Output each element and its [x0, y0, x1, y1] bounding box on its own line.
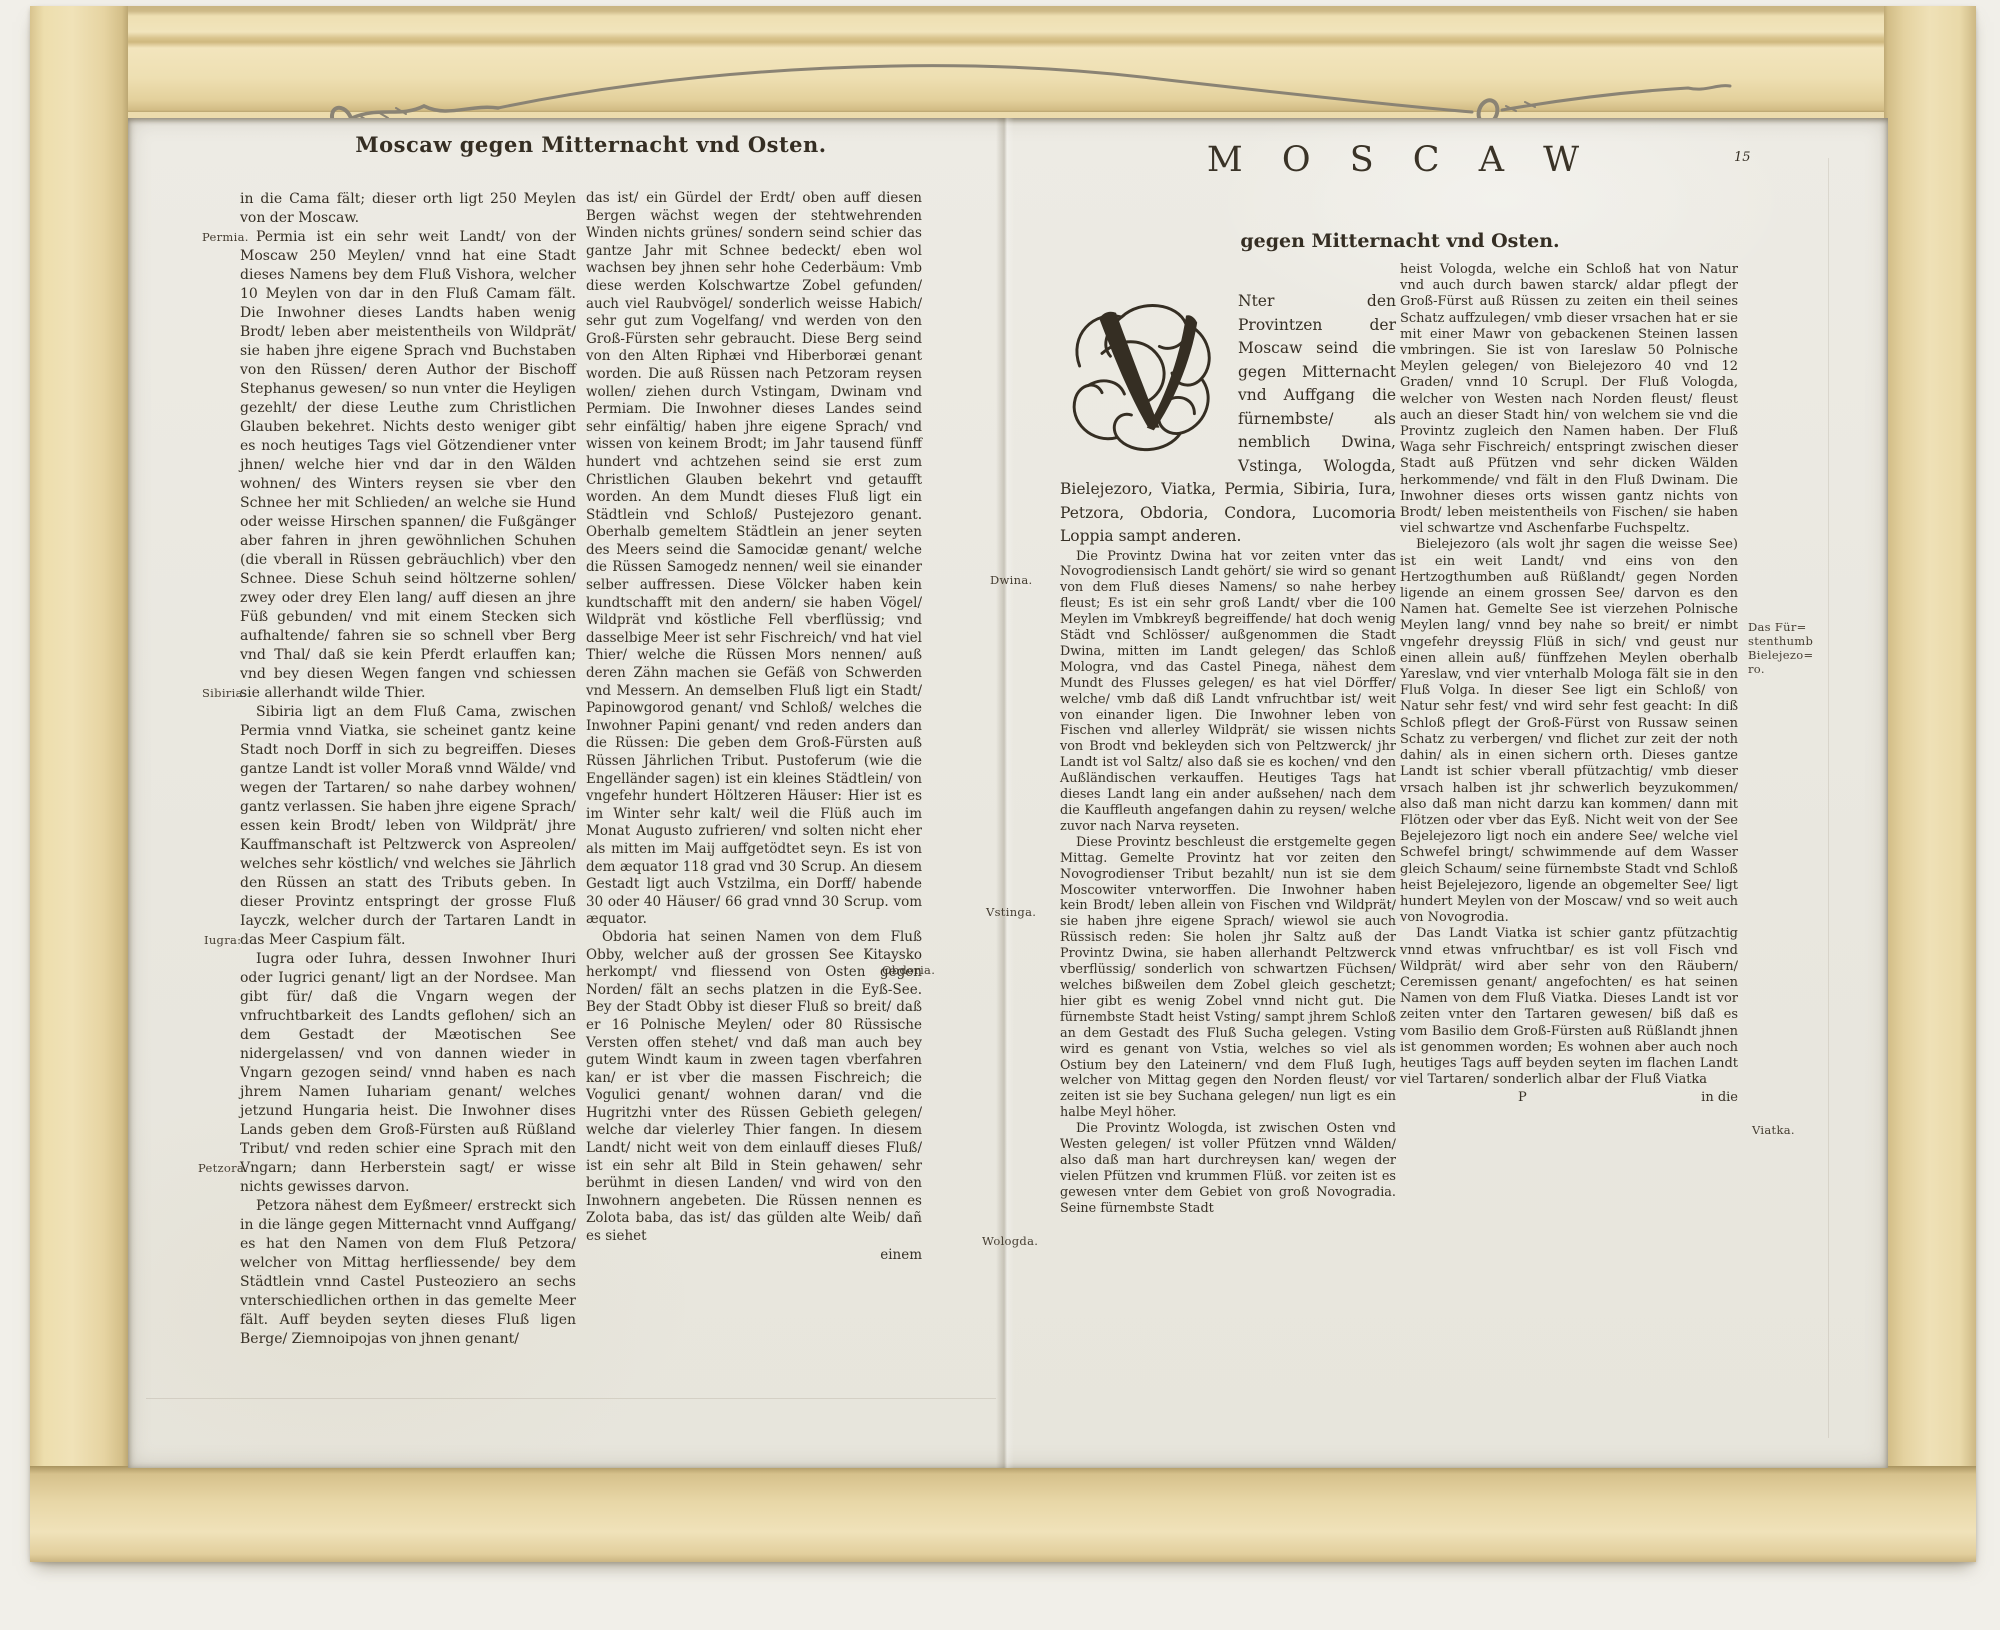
paragraph-vstinga: Diese Provintz beschleust die erstgemelt…	[1060, 835, 1396, 1121]
paragraph-viatka: Das Landt Viatka ist schier gantz pfütza…	[1400, 926, 1738, 1088]
frame-bottom-rail	[30, 1466, 1976, 1562]
right-page-column-1: Nter den Provintzen der Moscaw seind die…	[1060, 290, 1396, 1217]
paragraph-bielejezoro: Bielejezoro (als wolt jhr sagen die weis…	[1400, 537, 1738, 926]
paragraph-obdoria: Obdoria hat seinen Namen von dem Fluß Ob…	[586, 929, 922, 1246]
margin-note-wologda: Wologda.	[982, 1234, 1038, 1248]
paragraph-provinces-intro: Nter den Provintzen der Moscaw seind die…	[1060, 290, 1396, 549]
paragraph-berge-continuation: das ist/ ein Gürdel der Erdt/ oben auff …	[586, 190, 922, 929]
catchword-right-page: in die	[1701, 1090, 1738, 1106]
margin-note-bielejezoro: Das Für= stenthumb Bielejezo= ro.	[1748, 620, 1832, 676]
left-page-column-1: in die Cama fält; dieser orth ligt 250 M…	[240, 190, 576, 1349]
book-spread: Moscaw gegen Mitternacht vnd Osten. Perm…	[128, 118, 1888, 1468]
paragraph-dwina: Die Provintz Dwina hat vor zeiten vnter …	[1060, 549, 1396, 835]
paper-crease	[146, 1398, 996, 1399]
paragraph-cama-continuation: in die Cama fält; dieser orth ligt 250 M…	[240, 190, 576, 228]
right-page-column-2: heist Vologda, welche ein Schloß hat von…	[1400, 262, 1738, 1107]
frame-top-rail	[30, 6, 1976, 112]
paragraph-vologda-continuation: heist Vologda, welche ein Schloß hat von…	[1400, 262, 1738, 537]
signature-mark: P	[1518, 1090, 1527, 1106]
frame-right-rail	[1884, 6, 1976, 1562]
framed-print-photo: Moscaw gegen Mitternacht vnd Osten. Perm…	[0, 0, 2000, 1630]
frame-left-rail	[30, 6, 128, 1562]
page-number: 15	[1734, 150, 1751, 165]
left-running-title: Moscaw gegen Mitternacht vnd Osten.	[246, 132, 936, 157]
paragraph-wologda: Die Provintz Wologda, ist zwischen Osten…	[1060, 1121, 1396, 1216]
paragraph-iugra: Iugra oder Iuhra, dessen Inwohner Ihuri …	[240, 950, 576, 1197]
page-title-moscaw: M O S C A W	[1070, 140, 1730, 180]
page-edge-line	[1828, 158, 1829, 1438]
paragraph-sibiria: Sibiria ligt an dem Fluß Cama, zwischen …	[240, 703, 576, 950]
paragraph-petzora: Petzora nähest dem Eyßmeer/ erstreckt si…	[240, 1197, 576, 1349]
center-fold	[996, 118, 1014, 1468]
page-subtitle: gegen Mitternacht vnd Osten.	[1070, 230, 1730, 252]
margin-note-dwina: Dwina.	[990, 573, 1032, 587]
left-page-column-2: das ist/ ein Gürdel der Erdt/ oben auff …	[586, 190, 922, 1264]
ornamental-initial-v-icon	[1060, 294, 1228, 466]
margin-note-viatka: Viatka.	[1752, 1123, 1795, 1137]
margin-note-iugra: Iugra:	[204, 933, 241, 947]
paragraph-permia: Permia ist ein sehr weit Landt/ von der …	[240, 228, 576, 703]
catchword-left-page: einem	[586, 1247, 922, 1265]
margin-note-vstinga: Vstinga.	[986, 905, 1036, 919]
